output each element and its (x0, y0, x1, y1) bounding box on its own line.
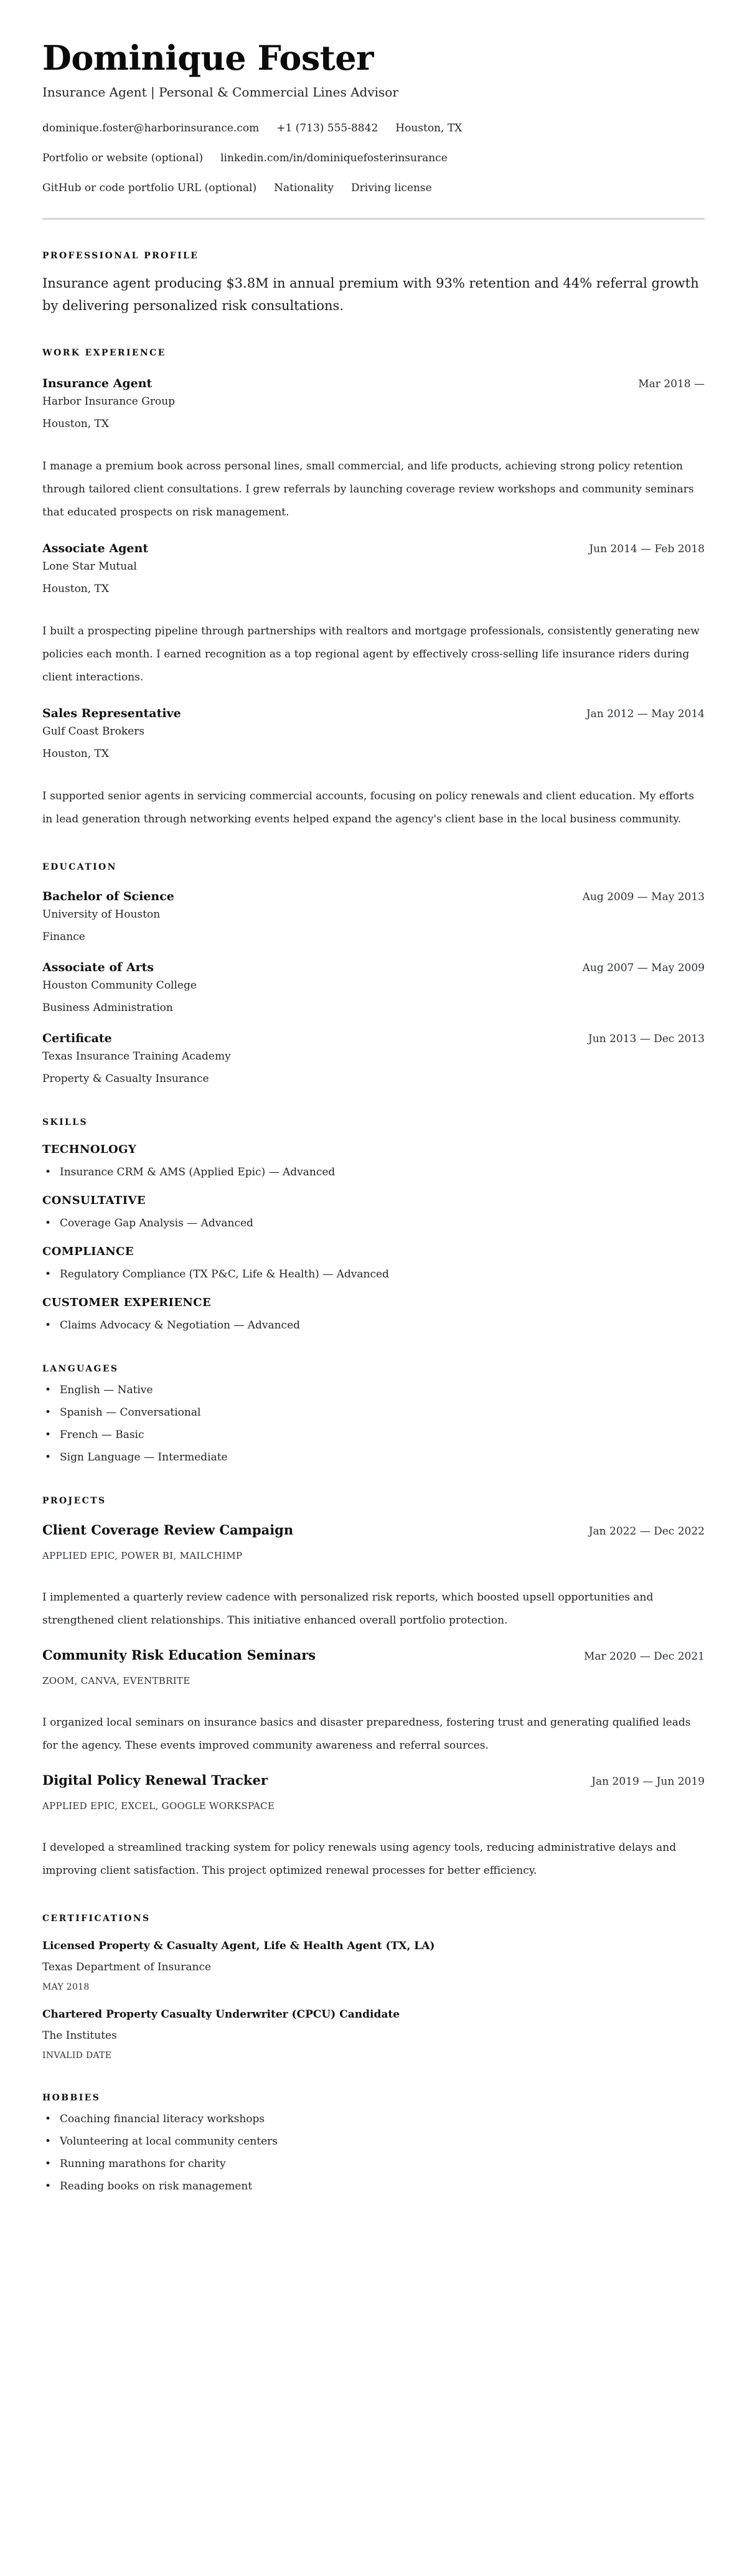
bullet-icon: • (45, 2156, 51, 2171)
linkedin-link[interactable]: linkedin.com/in/dominiquefosterinsurance (220, 151, 448, 166)
education-entry: Bachelor of ScienceAug 2009 — May 2013Un… (42, 888, 705, 944)
skill-item: •Regulatory Compliance (TX P&C, Life & H… (42, 1267, 705, 1282)
entry-header: Sales RepresentativeJan 2012 — May 2014 (42, 705, 705, 722)
experience-entry: Insurance AgentMar 2018 —Harbor Insuranc… (42, 375, 705, 524)
job-location: Houston, TX (42, 416, 705, 431)
certification-entry: Licensed Property & Casualty Agent, Life… (42, 1939, 705, 1993)
school-name: University of Houston (42, 907, 705, 922)
hobbies-list: •Coaching financial literacy workshops•V… (42, 2112, 705, 2194)
section-title: SKILLS (42, 1116, 705, 1129)
skill-item-text: Claims Advocacy & Negotiation — Advanced (60, 1319, 300, 1332)
project-entry: Client Coverage Review CampaignJan 2022 … (42, 1522, 705, 1632)
certification-date: INVALID DATE (42, 2049, 705, 2062)
entry-header: Client Coverage Review CampaignJan 2022 … (42, 1522, 705, 1539)
entry-header: Digital Policy Renewal TrackerJan 2019 —… (42, 1772, 705, 1789)
experience-section: WORK EXPERIENCE Insurance AgentMar 2018 … (42, 347, 705, 831)
hobby-item-text: Volunteering at local community centers (60, 2135, 278, 2148)
project-tech-stack: ZOOM, CANVA, EVENTBRITE (42, 1674, 705, 1688)
certifications-section: CERTIFICATIONS Licensed Property & Casua… (42, 1912, 705, 2062)
education-entry: Associate of ArtsAug 2007 — May 2009Hous… (42, 959, 705, 1015)
hobby-item: •Coaching financial literacy workshops (42, 2112, 705, 2127)
section-title: PROJECTS (42, 1495, 705, 1507)
date-range: Mar 2018 — (638, 377, 705, 392)
project-name: Client Coverage Review Campaign (42, 1522, 293, 1538)
skill-item-text: Insurance CRM & AMS (Applied Epic) — Adv… (60, 1166, 335, 1178)
section-title: WORK EXPERIENCE (42, 347, 705, 359)
job-title: Associate Agent (42, 540, 148, 557)
field-of-study: Business Administration (42, 1000, 705, 1015)
skill-list: •Insurance CRM & AMS (Applied Epic) — Ad… (42, 1165, 705, 1180)
date-range: Jan 2012 — May 2014 (586, 707, 705, 722)
bullet-icon: • (45, 1405, 51, 1420)
language-item: •Sign Language — Intermediate (42, 1450, 705, 1465)
bullet-icon: • (45, 2112, 51, 2127)
language-item: •French — Basic (42, 1427, 705, 1442)
language-item-text: Sign Language — Intermediate (60, 1451, 228, 1464)
nationality: Nationality (274, 181, 334, 195)
skill-list: •Coverage Gap Analysis — Advanced (42, 1216, 705, 1231)
skill-group: CONSULTATIVE•Coverage Gap Analysis — Adv… (42, 1193, 705, 1231)
skill-group: TECHNOLOGY•Insurance CRM & AMS (Applied … (42, 1142, 705, 1180)
entry-header: Insurance AgentMar 2018 — (42, 375, 705, 392)
degree-name: Associate of Arts (42, 959, 154, 975)
hobby-item-text: Reading books on risk management (60, 2180, 252, 2193)
certification-entry: Chartered Property Casualty Underwriter … (42, 2007, 705, 2062)
bullet-icon: • (45, 2179, 51, 2194)
date-range: Mar 2020 — Dec 2021 (584, 1649, 705, 1664)
job-title: Insurance Agent (42, 375, 152, 392)
job-location: Houston, TX (42, 581, 705, 596)
degree-name: Certificate (42, 1030, 112, 1046)
school-name: Texas Insurance Training Academy (42, 1049, 705, 1064)
bullet-icon: • (45, 2134, 51, 2149)
skill-item: •Claims Advocacy & Negotiation — Advance… (42, 1318, 705, 1333)
resume-page: Dominique Foster Insurance Agent | Perso… (0, 0, 747, 2219)
skill-category: TECHNOLOGY (42, 1142, 705, 1157)
skill-item: •Insurance CRM & AMS (Applied Epic) — Ad… (42, 1165, 705, 1180)
language-item-text: French — Basic (60, 1429, 144, 1441)
hobby-item-text: Running marathons for charity (60, 2158, 226, 2170)
date-range: Aug 2009 — May 2013 (583, 890, 705, 905)
languages-section: LANGUAGES •English — Native•Spanish — Co… (42, 1363, 705, 1465)
entry-header: Bachelor of ScienceAug 2009 — May 2013 (42, 888, 705, 905)
skill-list: •Claims Advocacy & Negotiation — Advance… (42, 1318, 705, 1333)
section-title: PROFESSIONAL PROFILE (42, 250, 705, 262)
date-range: Jan 2019 — Jun 2019 (591, 1774, 705, 1789)
bullet-icon: • (45, 1318, 51, 1333)
hobby-item-text: Coaching financial literacy workshops (60, 2113, 265, 2125)
skill-category: CONSULTATIVE (42, 1193, 705, 1208)
entry-header: Associate AgentJun 2014 — Feb 2018 (42, 540, 705, 557)
skill-item-text: Regulatory Compliance (TX P&C, Life & He… (60, 1268, 389, 1281)
certification-name: Licensed Property & Casualty Agent, Life… (42, 1939, 705, 1953)
bullet-icon: • (45, 1267, 51, 1282)
skill-category: CUSTOMER EXPERIENCE (42, 1295, 705, 1310)
bullet-icon: • (45, 1216, 51, 1231)
resume-header: Dominique Foster Insurance Agent | Perso… (42, 36, 705, 195)
hobby-item: •Volunteering at local community centers (42, 2134, 705, 2149)
candidate-name: Dominique Foster (42, 36, 705, 80)
job-description: I manage a premium book across personal … (42, 455, 705, 524)
job-description: I built a prospecting pipeline through p… (42, 620, 705, 689)
email-link[interactable]: dominique.foster@harborinsurance.com (42, 121, 259, 136)
job-location: Houston, TX (42, 746, 705, 761)
candidate-headline: Insurance Agent | Personal & Commercial … (42, 83, 705, 101)
education-entry: CertificateJun 2013 — Dec 2013Texas Insu… (42, 1030, 705, 1086)
education-section: EDUCATION Bachelor of ScienceAug 2009 — … (42, 861, 705, 1086)
header-divider (42, 218, 705, 220)
section-title: LANGUAGES (42, 1363, 705, 1375)
skill-list: •Regulatory Compliance (TX P&C, Life & H… (42, 1267, 705, 1282)
profile-summary: Insurance agent producing $3.8M in annua… (42, 272, 705, 317)
project-name: Community Risk Education Seminars (42, 1647, 316, 1663)
driving-license: Driving license (351, 181, 432, 195)
phone-number[interactable]: +1 (713) 555-8842 (276, 121, 378, 136)
company-name: Gulf Coast Brokers (42, 724, 705, 739)
company-name: Harbor Insurance Group (42, 394, 705, 409)
project-description: I developed a streamlined tracking syste… (42, 1836, 705, 1883)
bullet-icon: • (45, 1427, 51, 1442)
hobby-item: •Running marathons for charity (42, 2156, 705, 2171)
project-name: Digital Policy Renewal Tracker (42, 1772, 268, 1789)
projects-section: PROJECTS Client Coverage Review Campaign… (42, 1495, 705, 1883)
contact-row-2: Portfolio or website (optional) linkedin… (42, 151, 705, 166)
language-item: •Spanish — Conversational (42, 1405, 705, 1420)
location: Houston, TX (395, 121, 462, 136)
hobby-item: •Reading books on risk management (42, 2179, 705, 2194)
entry-header: Associate of ArtsAug 2007 — May 2009 (42, 959, 705, 975)
project-tech-stack: APPLIED EPIC, POWER BI, MAILCHIMP (42, 1549, 705, 1563)
project-description: I organized local seminars on insurance … (42, 1711, 705, 1757)
certification-issuer: Texas Department of Insurance (42, 1960, 705, 1975)
skill-group: CUSTOMER EXPERIENCE•Claims Advocacy & Ne… (42, 1295, 705, 1333)
experience-entry: Associate AgentJun 2014 — Feb 2018Lone S… (42, 540, 705, 689)
skill-item: •Coverage Gap Analysis — Advanced (42, 1216, 705, 1231)
field-of-study: Property & Casualty Insurance (42, 1071, 705, 1086)
degree-name: Bachelor of Science (42, 888, 174, 905)
project-entry: Community Risk Education SeminarsMar 202… (42, 1647, 705, 1757)
date-range: Jun 2014 — Feb 2018 (589, 542, 705, 557)
skill-category: COMPLIANCE (42, 1244, 705, 1259)
section-title: CERTIFICATIONS (42, 1912, 705, 1925)
date-range: Jun 2013 — Dec 2013 (588, 1032, 705, 1046)
skills-section: SKILLS TECHNOLOGY•Insurance CRM & AMS (A… (42, 1116, 705, 1333)
field-of-study: Finance (42, 929, 705, 944)
section-title: HOBBIES (42, 2092, 705, 2104)
portfolio-link[interactable]: Portfolio or website (optional) (42, 151, 203, 166)
section-title: EDUCATION (42, 861, 705, 873)
certification-date: MAY 2018 (42, 1981, 705, 1993)
job-description: I supported senior agents in servicing c… (42, 785, 705, 831)
certification-issuer: The Institutes (42, 2028, 705, 2043)
certification-name: Chartered Property Casualty Underwriter … (42, 2007, 705, 2022)
language-item-text: English — Native (60, 1384, 153, 1396)
bullet-icon: • (45, 1450, 51, 1465)
skill-group: COMPLIANCE•Regulatory Compliance (TX P&C… (42, 1244, 705, 1282)
date-range: Aug 2007 — May 2009 (583, 961, 705, 975)
company-name: Lone Star Mutual (42, 559, 705, 574)
skill-item-text: Coverage Gap Analysis — Advanced (60, 1217, 253, 1229)
school-name: Houston Community College (42, 978, 705, 993)
experience-entry: Sales RepresentativeJan 2012 — May 2014G… (42, 705, 705, 831)
language-item: •English — Native (42, 1383, 705, 1398)
project-tech-stack: APPLIED EPIC, EXCEL, GOOGLE WORKSPACE (42, 1799, 705, 1813)
bullet-icon: • (45, 1383, 51, 1398)
github-link[interactable]: GitHub or code portfolio URL (optional) (42, 181, 256, 195)
language-item-text: Spanish — Conversational (60, 1406, 200, 1419)
project-entry: Digital Policy Renewal TrackerJan 2019 —… (42, 1772, 705, 1883)
date-range: Jan 2022 — Dec 2022 (589, 1524, 705, 1539)
contact-row-3: GitHub or code portfolio URL (optional) … (42, 181, 705, 195)
contact-row-1: dominique.foster@harborinsurance.com +1 … (42, 121, 705, 136)
profile-section: PROFESSIONAL PROFILE Insurance agent pro… (42, 250, 705, 317)
hobbies-section: HOBBIES •Coaching financial literacy wor… (42, 2092, 705, 2194)
languages-list: •English — Native•Spanish — Conversation… (42, 1383, 705, 1465)
job-title: Sales Representative (42, 705, 181, 722)
entry-header: Community Risk Education SeminarsMar 202… (42, 1647, 705, 1664)
entry-header: CertificateJun 2013 — Dec 2013 (42, 1030, 705, 1046)
bullet-icon: • (45, 1165, 51, 1180)
project-description: I implemented a quarterly review cadence… (42, 1586, 705, 1632)
